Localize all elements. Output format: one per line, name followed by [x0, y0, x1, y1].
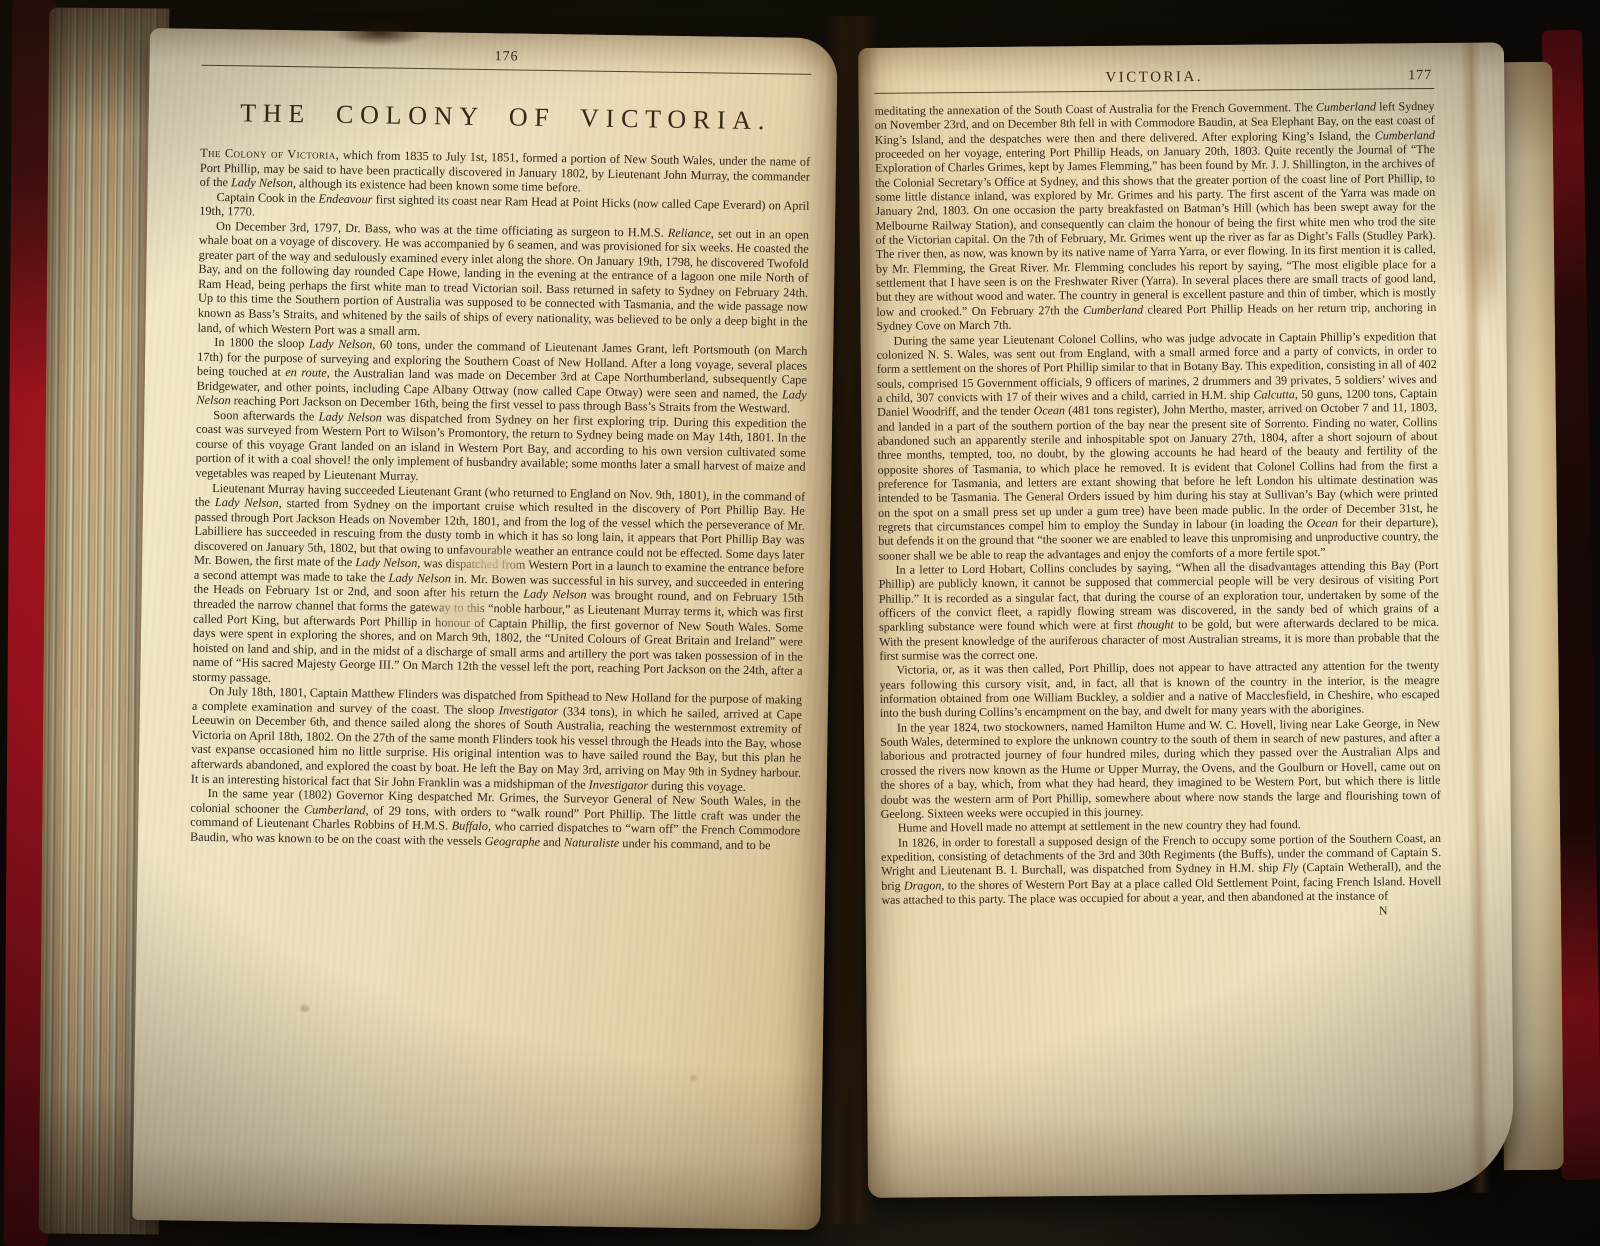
chapter-title: THE COLONY OF VICTORIA. [201, 98, 811, 137]
header-rule-right [874, 88, 1434, 94]
paragraph: In 1826, in order to forestall a suppose… [881, 830, 1442, 907]
paragraph: Lieutenant Murray having succeeded Lieut… [192, 480, 805, 693]
paragraph: During the same year Lieutenant Colonel … [876, 328, 1438, 562]
lead-small-caps: The Colony of Victoria, [200, 146, 339, 162]
running-head: VICTORIA. [1105, 69, 1203, 86]
page-number-left: 176 [495, 49, 519, 64]
paragraph: In the same year (1802) Governor King de… [190, 786, 801, 853]
right-page-header: VICTORIA. 177 [874, 67, 1434, 89]
paragraph: In 1800 the sloop Lady Nelson, 60 tons, … [196, 335, 807, 417]
book-photo: { "book": { "left_page": { "folio": "176… [0, 0, 1600, 1246]
paragraph: In a letter to Lord Hobart, Collins conc… [878, 558, 1439, 663]
left-page-text: The Colony of Victoria, which from 1835 … [190, 146, 810, 853]
right-page-text: meditating the annexation of the South C… [874, 99, 1441, 923]
paragraph: Victoria, or, as it was then called, Por… [879, 658, 1439, 720]
paragraph: meditating the annexation of the South C… [874, 99, 1436, 333]
paragraph: On December 3rd, 1797, Dr. Bass, who was… [197, 218, 809, 343]
paragraph: Soon afterwards the Lady Nelson was disp… [195, 408, 806, 490]
left-page: 176 THE COLONY OF VICTORIA. The Colony o… [132, 28, 838, 1230]
right-page: VICTORIA. 177 meditating the annexation … [858, 42, 1514, 1198]
paragraph: In the year 1824, two stockowners, named… [880, 716, 1441, 821]
page-number-right: 177 [1408, 68, 1432, 84]
paragraph: On July 18th, 1801, Captain Matthew Flin… [191, 684, 802, 795]
